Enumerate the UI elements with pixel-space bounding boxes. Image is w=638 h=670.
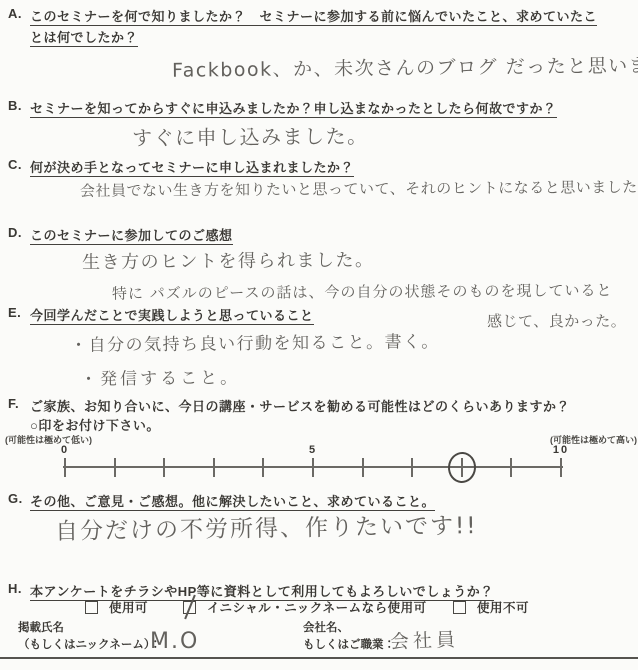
section-h-label: H.: [8, 581, 22, 596]
publish-nickname-label: （もしくはニックネーム）：: [18, 636, 161, 652]
scale-tick-10: [560, 458, 562, 477]
occupation-value-handwritten: 会社員: [390, 625, 460, 654]
scale-tick-9: [510, 458, 512, 477]
answer-a-handwritten: Fackbook、か、未次さんのブログ だったと思います。: [172, 50, 638, 82]
publish-name-value-handwritten: M.O: [150, 629, 199, 654]
answer-b-handwritten: すぐに申し込みました。: [132, 120, 369, 151]
question-d: このセミナーに参加してのご感想: [30, 225, 233, 244]
publish-name-label: 掲載氏名: [18, 619, 64, 635]
section-c-label: C.: [8, 157, 22, 172]
scale-max-number: 10: [553, 444, 569, 456]
question-f-line1: ご家族、お知り合いに、今日の講座・サービスを勧める可能性はどのくらいありますか？: [30, 396, 570, 415]
checkbox-usage-initials-icon: [183, 601, 196, 614]
usage-option-no: 使用不可: [453, 598, 529, 616]
answer-d-line2-handwritten: 特に パズルのピースの話は、今の自分の状態そのものを現していると: [112, 279, 613, 303]
usage-option-initials-label: イニシャル・ニックネームなら使用可: [207, 598, 427, 616]
scale-tick-3: [213, 458, 215, 477]
handwritten-circle-mark: [447, 451, 477, 484]
answer-e-line1-handwritten: ・自分の気持ち良い行動を知ること。書く。: [70, 327, 440, 356]
section-g-label: G.: [8, 491, 23, 506]
question-c: 何が決め手となってセミナーに申し込まれましたか？: [30, 157, 354, 176]
scale-tick-4: [262, 458, 264, 477]
answer-g-handwritten: 自分だけの不労所得、作りたいです!!: [55, 507, 478, 546]
company-label: 会社名、: [303, 619, 349, 635]
question-b: セミナーを知ってからすぐに申込みましたか？申し込まなかったとしたら何故ですか？: [30, 98, 557, 117]
scale-tick-5: [312, 458, 314, 477]
answer-e-line2-handwritten: ・発信すること。: [80, 363, 240, 390]
section-f-label: F.: [8, 396, 19, 411]
answer-d-line3-handwritten: 感じて、良かった。: [487, 310, 626, 331]
occupation-label: もしくはご職業：: [303, 636, 395, 652]
scale-low-note: (可能性は極めて低い): [5, 433, 92, 446]
section-a-label: A.: [8, 6, 22, 21]
question-a-line1: このセミナーを何で知りましたか？ セミナーに参加する前に悩んでいたこと、求めてい…: [30, 6, 597, 25]
usage-option-ok: 使用可: [85, 598, 148, 616]
section-d-label: D.: [8, 225, 22, 240]
scale-tick-7: [411, 458, 413, 477]
answer-c-handwritten: 会社員でない生き方を知りたいと思っていて、それのヒントになると思いました: [80, 176, 638, 201]
footer-rule: [0, 657, 638, 659]
answer-d-line1-handwritten: 生き方のヒントを得られました。: [82, 246, 375, 275]
scale-tick-0: [64, 458, 66, 477]
question-g: その他、ご意見・ご感想。他に解決したいこと、求めていること。: [30, 491, 435, 510]
checkbox-usage-ok-icon: [85, 601, 98, 614]
usage-option-ok-label: 使用可: [109, 598, 148, 616]
question-f-line2: ○印をお付け下さい。: [30, 415, 160, 434]
scale-tick-1: [114, 458, 116, 477]
scale-mid-number: 5: [309, 444, 317, 456]
question-a-line2: とは何でしたか？: [30, 27, 138, 46]
section-e-label: E.: [8, 305, 21, 320]
question-e: 今回学んだことで実践しようと思っていること: [30, 305, 314, 324]
scale-min-number: 0: [61, 444, 69, 456]
questionnaire-scan: A. このセミナーを何で知りましたか？ セミナーに参加する前に悩んでいたこと、求…: [0, 0, 638, 670]
checkbox-usage-no-icon: [453, 601, 466, 614]
scale-tick-2: [163, 458, 165, 477]
scale-tick-6: [362, 458, 364, 477]
usage-option-initials: イニシャル・ニックネームなら使用可: [183, 598, 427, 616]
usage-option-no-label: 使用不可: [477, 598, 529, 616]
section-b-label: B.: [8, 98, 22, 113]
